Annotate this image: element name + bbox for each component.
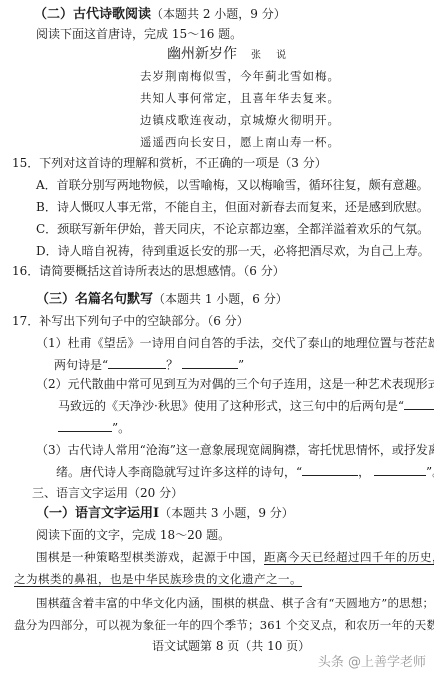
q17-item2-line3: ”。 <box>58 420 130 436</box>
q17-item1-line1: （1）杜甫《望岳》一诗用自问自答的手法，交代了泰山的地理位置与苍茫雄奇。这 <box>36 335 434 351</box>
answer-blank[interactable] <box>58 420 112 432</box>
text: ”。 <box>112 421 130 435</box>
q17-item3-line2: 绪。唐代诗人李商隐就写过许多这样的诗句，“， ”。 <box>56 464 434 480</box>
reading-instruction: 阅读下面的文字，完成 18～20 题。 <box>36 527 230 543</box>
poem-line-2: 共知人事何常定，且喜年华去复来。 <box>140 90 340 106</box>
section-title: （二）古代诗歌阅读 <box>34 7 151 22</box>
text: 围棋是一种策略型棋类游戏，起源于中国， <box>36 550 264 564</box>
poem-author: 张 说 <box>251 50 292 61</box>
question-stem: 下列对这首诗的理解和赏析，不正确的一项是（3 分） <box>39 156 326 170</box>
question-17: 17．补写出下列句子中的空缺部分。（6 分） <box>12 313 249 329</box>
subsection-title: （一）语言文字运用Ⅰ <box>36 506 159 521</box>
section-heading-famous-lines: （三）名篇名句默写（本题共 1 小题，6 分） <box>36 291 288 308</box>
text: ”。 <box>426 465 434 479</box>
underlined-text: 距离今天已经超过四千年的历史，被称 <box>264 550 434 564</box>
question-number: 17． <box>12 314 39 328</box>
option-a: A．首联分别写两地物候，以雪喻梅，又以梅喻雪，循环往复，颇有意趣。 <box>36 177 429 193</box>
answer-blank[interactable] <box>404 398 434 410</box>
answer-blank[interactable] <box>374 464 426 476</box>
question-15: 15．下列对这首诗的理解和赏析，不正确的一项是（3 分） <box>12 155 327 171</box>
answer-blank[interactable] <box>108 357 166 369</box>
option-c: C．颈联写新年伊始，普天同庆，不论京都边塞，全都洋溢着欢乐的气氛。 <box>36 221 429 237</box>
reading-instruction: 阅读下面这首唐诗，完成 15～16 题。 <box>36 26 242 42</box>
passage-para1-line2: 之为棋类的鼻祖，也是中华民族珍贵的文化遗产之一。 <box>14 571 302 587</box>
text: ， <box>358 465 370 479</box>
section-heading-ancient-poetry: （二）古代诗歌阅读（本题共 2 小题，9 分） <box>34 6 286 23</box>
section-note: （本题共 1 小题，6 分） <box>153 292 288 306</box>
section-title: （三）名篇名句默写 <box>36 292 153 307</box>
section-note: （本题共 2 小题，9 分） <box>151 7 286 21</box>
poem-line-3: 边镇戍歌连夜动，京城燎火彻明开。 <box>140 112 340 128</box>
question-stem: 补写出下列句子中的空缺部分。（6 分） <box>39 314 248 328</box>
part-heading-language-use: 三、语言文字运用（20 分） <box>32 485 183 501</box>
answer-blank[interactable] <box>302 464 358 476</box>
subsection-heading: （一）语言文字运用Ⅰ（本题共 3 小题，9 分） <box>36 505 294 522</box>
text: 马致远的《天净沙·秋思》使用了这种形式，这三句中的后两句是“ <box>58 399 404 413</box>
poem-title: 幽州新岁作 <box>167 46 237 62</box>
text: 绪。唐代诗人李商隐就写过许多这样的诗句，“ <box>56 465 302 479</box>
passage-para2-line1: 围棋蕴含着丰富的中华文化内涵，围棋的棋盘、棋子含有“天圆地方”的思想；棋 <box>36 595 434 611</box>
subsection-note: （本题共 3 小题，9 分） <box>159 506 294 520</box>
question-stem: 请简要概括这首诗所表达的思想感情。（6 分） <box>39 264 284 278</box>
option-b: B．诗人慨叹人事无常，不能自主，但面对新春去而复来，还是感到欣慰。 <box>36 199 429 215</box>
poem-line-4: 遥遥西向长安日，愿上南山寿一杯。 <box>140 134 340 150</box>
question-number: 16． <box>12 264 39 278</box>
option-d: D．诗人暗自祝祷，待到重返长安的那一天，必将把酒尽欢，为自己上寿。 <box>36 243 430 259</box>
q17-item1-line2: 两句诗是“？ ” <box>54 357 244 373</box>
passage-para2-line2: 盘分为四部分，可以视为象征一年的四个季节；361 个交叉点，和农历一年的天数大致 <box>14 617 434 633</box>
watermark: 头条 @上善学老师 <box>318 651 426 670</box>
poem-title-line: 幽州新岁作张 说 <box>167 46 292 64</box>
question-number: 15． <box>12 156 39 170</box>
text: ” <box>238 358 244 372</box>
page-number-footer: 语文试题第 8 页（共 10 页） <box>152 638 310 654</box>
answer-blank[interactable] <box>182 357 238 369</box>
passage-para1-line1: 围棋是一种策略型棋类游戏，起源于中国，距离今天已经超过四千年的历史，被称 <box>36 549 434 565</box>
text: 两句诗是“ <box>54 358 108 372</box>
q17-item3-line1: （3）古代诗人常用“沧海”这一意象展现宽阔胸襟，寄托忧思情怀，或抒发离情别 <box>36 442 434 458</box>
question-16: 16．请简要概括这首诗所表达的思想感情。（6 分） <box>12 263 285 279</box>
q17-item2-line1: （2）元代散曲中常可见到互为对偶的三个句子连用，这是一种艺术表现形式的发展。 <box>36 376 434 392</box>
text: ？ <box>166 358 178 372</box>
poem-line-1: 去岁荆南梅似雪，今年蓟北雪如梅。 <box>140 68 340 84</box>
q17-item2-line2: 马致远的《天净沙·秋思》使用了这种形式，这三句中的后两句是“， <box>58 398 434 414</box>
